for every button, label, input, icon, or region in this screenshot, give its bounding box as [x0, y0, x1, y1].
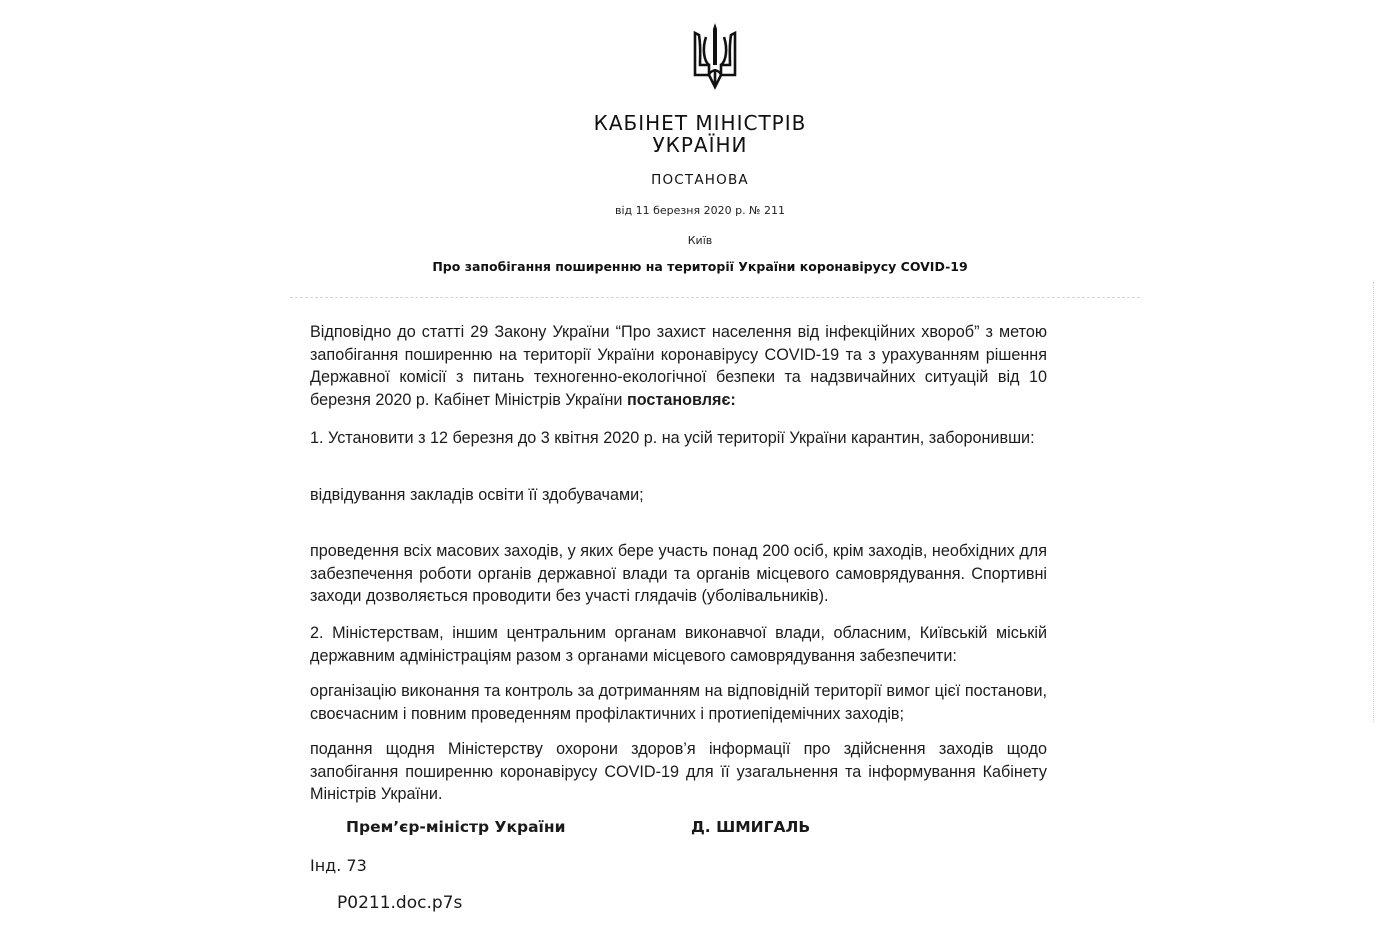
signatory-title: Прем’єр-міністр України [346, 818, 565, 836]
organization-name: КАБІНЕТ МІНІСТРІВ УКРАЇНИ [0, 112, 1400, 156]
document-date-number: від 11 березня 2020 р. № 211 [0, 204, 1400, 217]
document-type: ПОСТАНОВА [0, 172, 1400, 188]
scan-artifact-vertical-line [1373, 282, 1374, 722]
document-index: Інд. 73 [310, 856, 367, 875]
document-page: КАБІНЕТ МІНІСТРІВ УКРАЇНИ ПОСТАНОВА від … [0, 0, 1400, 948]
item-2-paragraph: 2. Міністерствам, іншим центральним орга… [310, 622, 1047, 667]
document-city: Київ [0, 234, 1400, 247]
item-1-sub-2: проведення всіх масових заходів, у яких … [310, 540, 1047, 608]
trident-emblem-icon [692, 21, 738, 93]
signatory-name: Д. ШМИГАЛЬ [691, 818, 810, 836]
item-1-paragraph: 1. Установити з 12 березня до 3 квітня 2… [310, 427, 1047, 450]
item-2-sub-2: подання щодня Міністерству охорони здоро… [310, 738, 1047, 806]
document-filename: P0211.doc.p7s [337, 893, 462, 913]
organization-name-line1: КАБІНЕТ МІНІСТРІВ [0, 112, 1400, 134]
organization-name-line2: УКРАЇНИ [0, 134, 1400, 156]
item-1-sub-1: відвідування закладів освіти її здобувач… [310, 484, 1047, 507]
document-title: Про запобігання поширенню на території У… [0, 259, 1400, 274]
item-2-sub-1: організацію виконання та контроль за дот… [310, 680, 1047, 725]
preamble-paragraph: Відповідно до статті 29 Закону України “… [310, 321, 1047, 411]
preamble-resolves: постановляє: [627, 391, 736, 409]
scan-artifact-line [290, 297, 1140, 298]
